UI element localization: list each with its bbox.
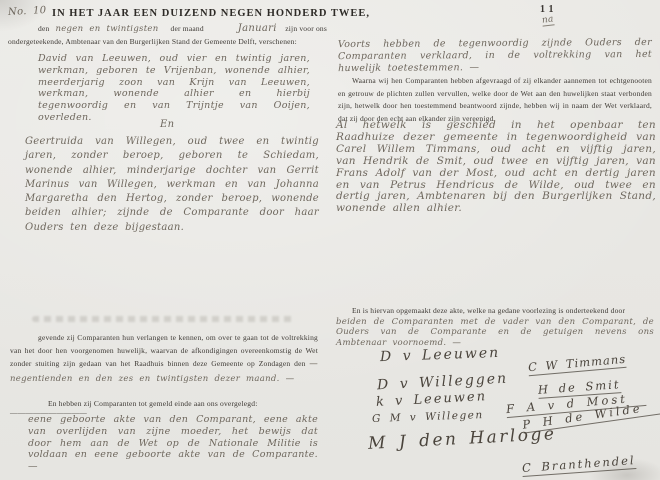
signature-groom: D v Leeuwen	[380, 345, 501, 365]
bride-paragraph: Geertruida van Willegen, oud twee en twi…	[25, 135, 319, 235]
closing-printed-line: En is hiervan opgemaakt deze akte, welke…	[338, 306, 652, 315]
signature-registrar: C Branthendel	[522, 453, 637, 477]
page-left: No. 10 IN HET JAAR EEN DUIZEND NEGEN HON…	[0, 0, 330, 480]
document-scan: No. 10 IN HET JAAR EEN DUIZEND NEGEN HON…	[0, 0, 660, 480]
date-line-post: zijn voor ons	[285, 24, 327, 33]
documents-list: eene geboorte akte van den Comparant, ee…	[28, 414, 318, 473]
handwritten-day: negen en twintigsten	[55, 24, 158, 34]
signature-father-bride: G M v Willegen	[372, 409, 484, 425]
ceremony-paragraph: Al hetwelk is geschied in het openbaar t…	[336, 120, 656, 215]
date-line-mid: der maand	[171, 24, 204, 33]
banns-printed-text: gevende zij Comparanten hun verlangen te…	[10, 333, 318, 368]
page-title: IN HET JAAR EEN DUIZEND NEGEN HONDERD TW…	[52, 8, 330, 19]
act-number: No. 10	[8, 5, 47, 18]
page-right: 11 na Voorts hebben de tegenwoordig zijn…	[330, 0, 660, 480]
bleedthrough-smudge	[32, 316, 294, 322]
closing-handwritten: beiden de Comparanten met de vader van d…	[336, 317, 654, 348]
officer-line: ondergeteekende, Ambtenaar van den Burge…	[8, 37, 312, 46]
page-number-annotation: na	[541, 14, 554, 26]
date-line-pre: den	[38, 24, 49, 33]
connector-en: En	[160, 119, 174, 130]
signature-bride: D v Willeggen	[377, 371, 509, 394]
banns-paragraph: gevende zij Comparanten hun verlangen te…	[10, 331, 318, 386]
vows-paragraph: Waarna wij hen Comparanten hebben afgevr…	[338, 75, 652, 125]
page-number: 11	[540, 4, 557, 15]
parents-consent-paragraph: Voorts hebben de tegenwoordig zijnde Oud…	[338, 37, 652, 76]
handwritten-month: Januari	[238, 23, 277, 34]
signature-witness-1: C W Timmans	[527, 352, 626, 377]
date-line: den negen en twintigsten der maand Janua…	[38, 23, 327, 34]
groom-paragraph: David van Leeuwen, oud vier en twintig j…	[38, 53, 310, 124]
